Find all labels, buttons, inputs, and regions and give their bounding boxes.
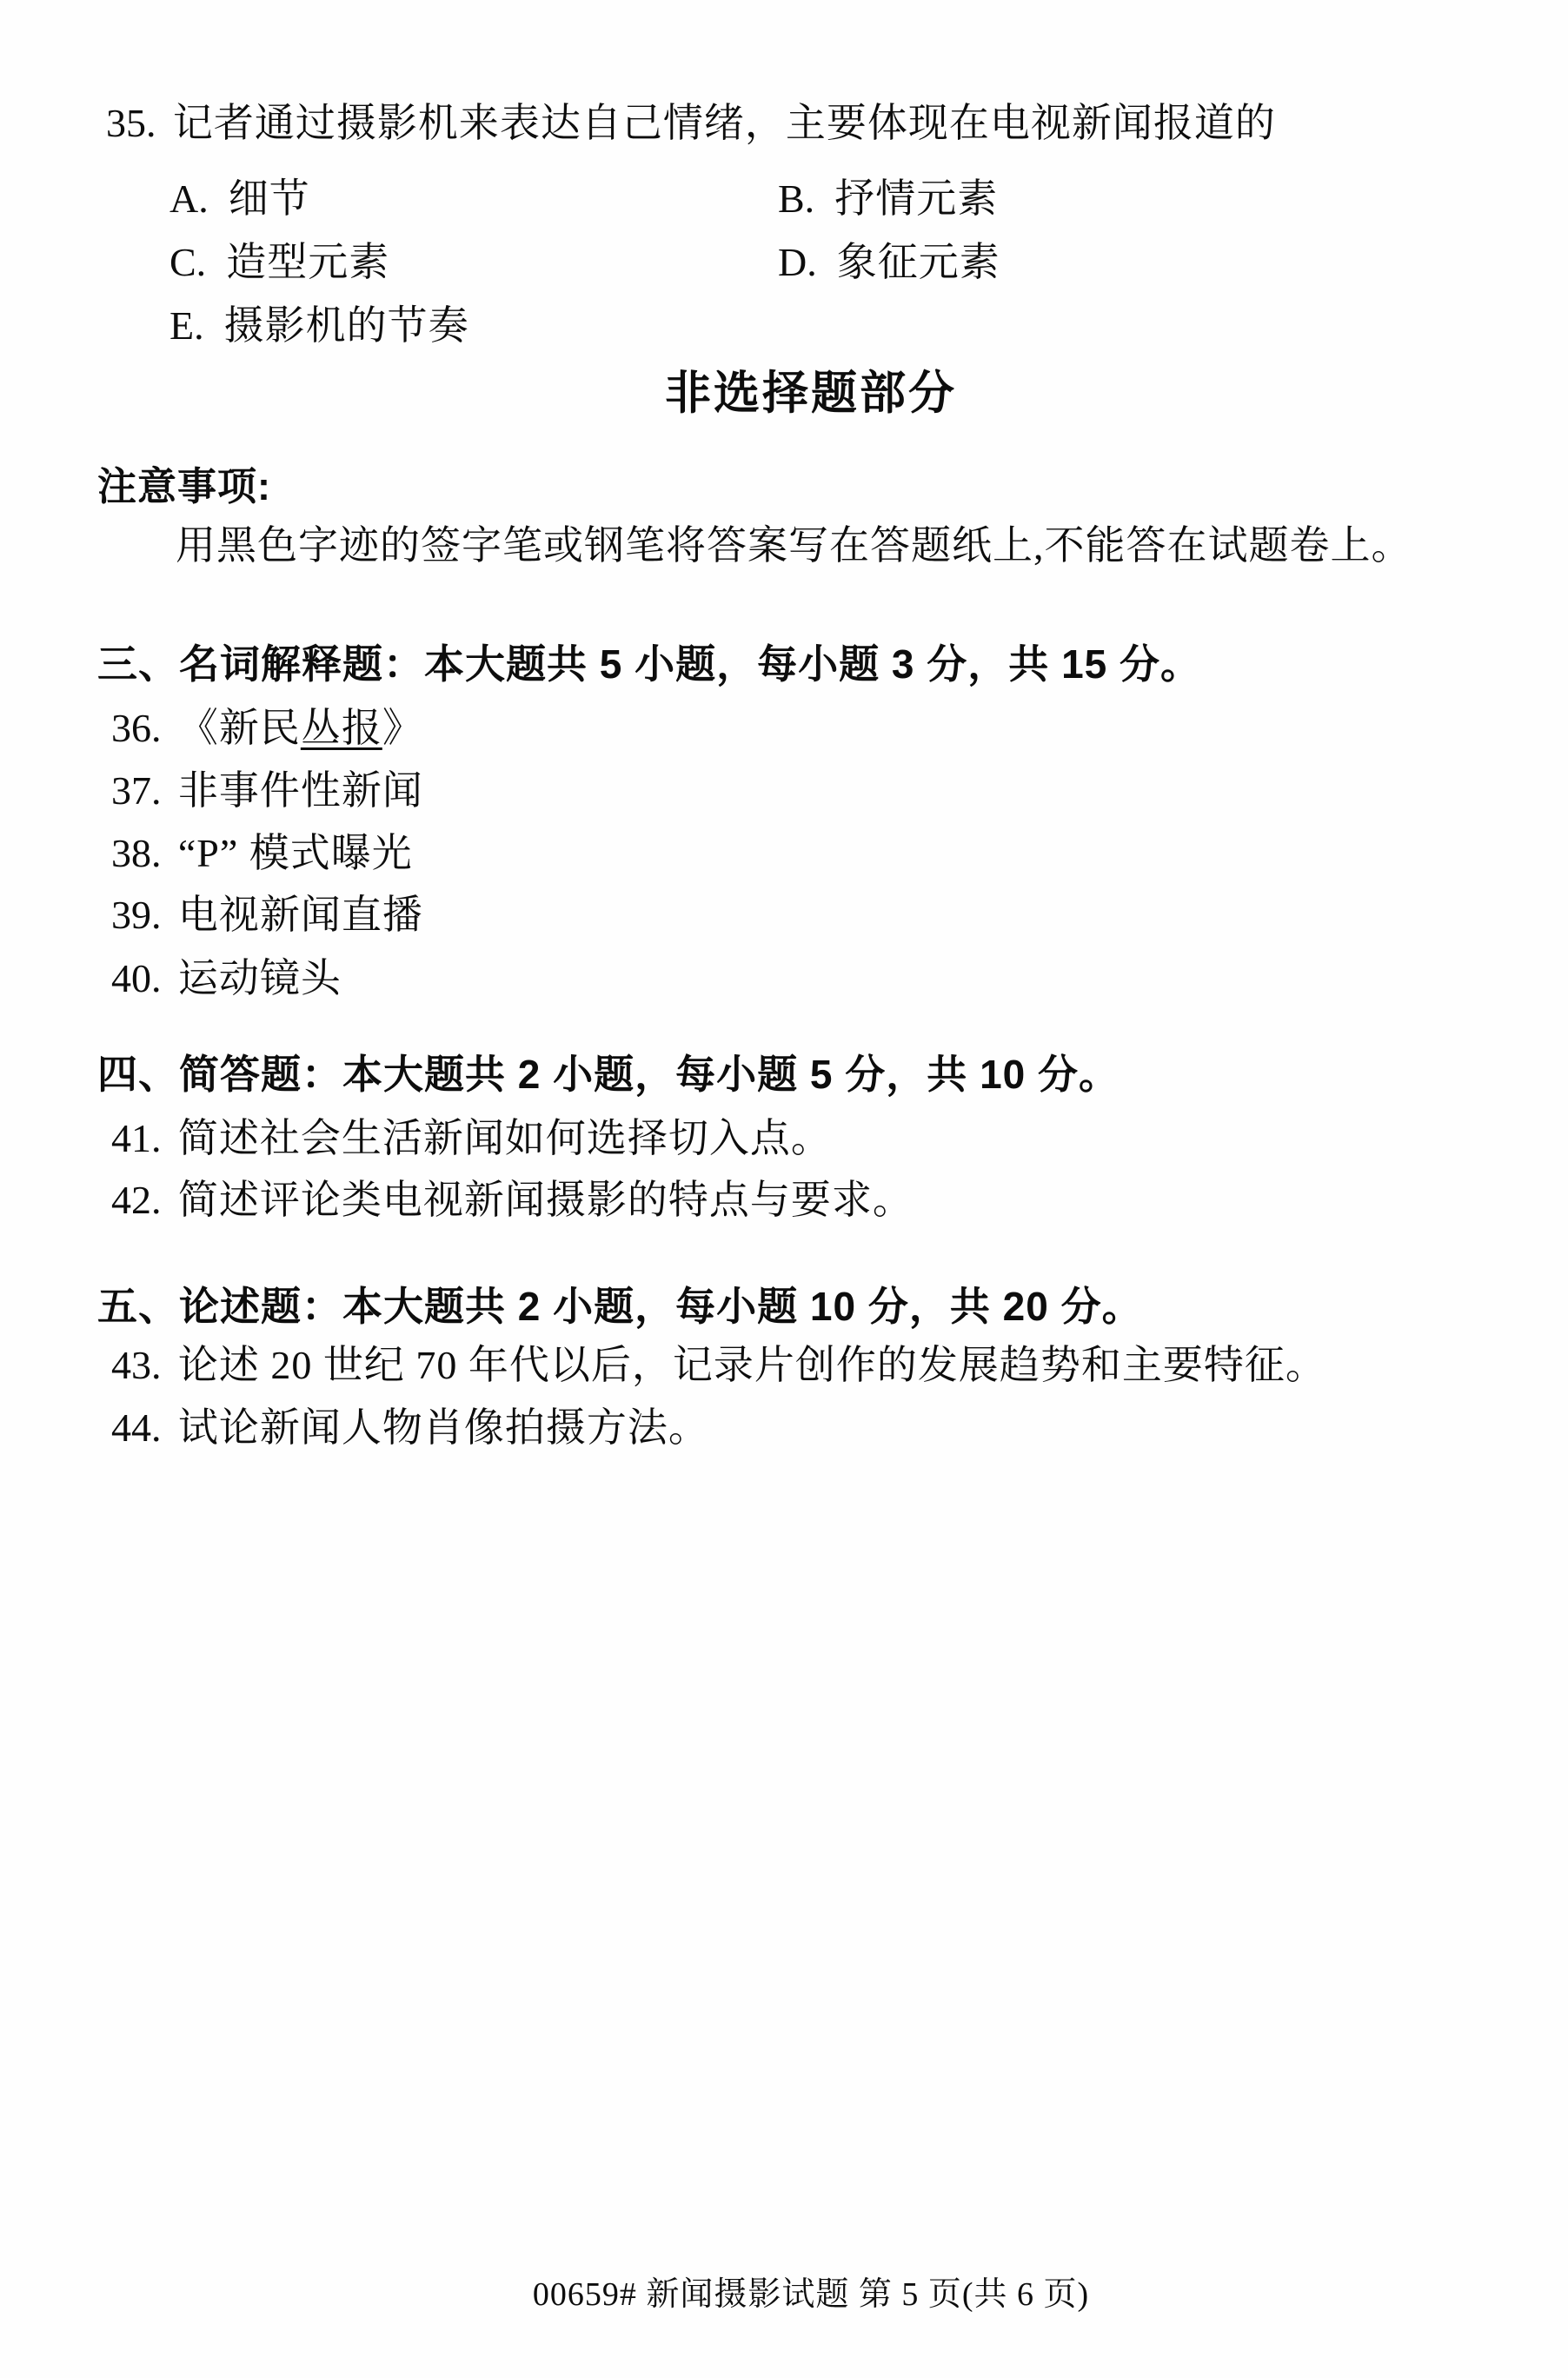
item-text: 论述 20 世纪 70 年代以后，记录片创作的发展趋势和主要特征。 xyxy=(178,1343,1326,1387)
exam-paper-page: 35.记者通过摄影机来表达自己情绪，主要体现在电视新闻报道的 A.细节 B.抒情… xyxy=(0,0,1568,2378)
item-text: 简述评论类电视新闻摄影的特点与要求。 xyxy=(178,1178,914,1222)
item-text: 试论新闻人物肖像拍摄方法。 xyxy=(178,1405,709,1450)
item-text: 电视新闻直播 xyxy=(178,893,423,937)
section-3-header: 三、名词解释题：本大题共 5 小题，每小题 3 分，共 15 分。 xyxy=(97,641,1201,687)
item-40: 40.运动镜头 xyxy=(111,956,342,1002)
option-text: 摄影机的节奏 xyxy=(224,303,469,348)
section-4-header: 四、简答题：本大题共 2 小题，每小题 5 分，共 10 分。 xyxy=(97,1052,1120,1098)
section-5-header: 五、论述题：本大题共 2 小题，每小题 10 分，共 20 分。 xyxy=(97,1284,1143,1330)
item-number: 39. xyxy=(111,893,162,939)
option-label: C. xyxy=(169,240,206,286)
item-number: 43. xyxy=(111,1343,162,1389)
option-b: B.抒情元素 xyxy=(778,176,998,223)
option-text: 细节 xyxy=(229,176,310,221)
notice-body: 用黑色字迹的签字笔或钢笔将答案写在答题纸上,不能答在试题卷上。 xyxy=(176,523,1412,569)
item-text: 简述社会生活新闻如何选择切入点。 xyxy=(178,1116,832,1160)
option-label: A. xyxy=(169,176,209,223)
option-d: D.象征元素 xyxy=(778,240,1000,286)
item-number: 41. xyxy=(111,1116,162,1162)
item-39: 39.电视新闻直播 xyxy=(111,893,423,939)
item-text-pre: 《新民 xyxy=(178,706,301,750)
item-text: “P” 模式曝光 xyxy=(178,831,413,875)
item-38: 38.“P” 模式曝光 xyxy=(111,831,413,877)
question-text: 记者通过摄影机来表达自己情绪，主要体现在电视新闻报道的 xyxy=(173,101,1276,145)
item-42: 42.简述评论类电视新闻摄影的特点与要求。 xyxy=(111,1178,914,1224)
item-37: 37.非事件性新闻 xyxy=(111,768,423,814)
option-c: C.造型元素 xyxy=(169,240,389,286)
option-a: A.细节 xyxy=(169,176,310,223)
option-text: 抒情元素 xyxy=(834,176,998,221)
question-number: 35. xyxy=(106,101,156,147)
item-text-underlined: 丛报 xyxy=(301,706,382,750)
item-36: 36.《新民丛报》 xyxy=(111,706,423,752)
option-label: E. xyxy=(169,303,204,349)
question-35-stem: 35.记者通过摄影机来表达自己情绪，主要体现在电视新闻报道的 xyxy=(106,101,1276,147)
option-text: 象征元素 xyxy=(837,240,1000,284)
item-number: 44. xyxy=(111,1405,162,1451)
option-label: B. xyxy=(778,176,814,223)
item-number: 37. xyxy=(111,768,162,814)
item-text: 非事件性新闻 xyxy=(178,768,423,813)
item-41: 41.简述社会生活新闻如何选择切入点。 xyxy=(111,1116,832,1162)
item-44: 44.试论新闻人物肖像拍摄方法。 xyxy=(111,1405,709,1451)
item-text: 运动镜头 xyxy=(178,956,342,1000)
option-e: E.摄影机的节奏 xyxy=(169,303,469,349)
item-number: 40. xyxy=(111,956,162,1002)
item-number: 36. xyxy=(111,706,162,752)
item-text-post: 》 xyxy=(382,706,423,750)
option-label: D. xyxy=(778,240,817,286)
page-footer: 00659# 新闻摄影试题 第 5 页(共 6 页) xyxy=(54,2267,1568,2315)
part-title: 非选择题部分 xyxy=(54,356,1568,422)
item-43: 43.论述 20 世纪 70 年代以后，记录片创作的发展趋势和主要特征。 xyxy=(111,1343,1326,1389)
option-text: 造型元素 xyxy=(226,240,389,284)
item-number: 42. xyxy=(111,1178,162,1224)
item-number: 38. xyxy=(111,831,162,877)
notice-heading: 注意事项: xyxy=(97,464,271,509)
